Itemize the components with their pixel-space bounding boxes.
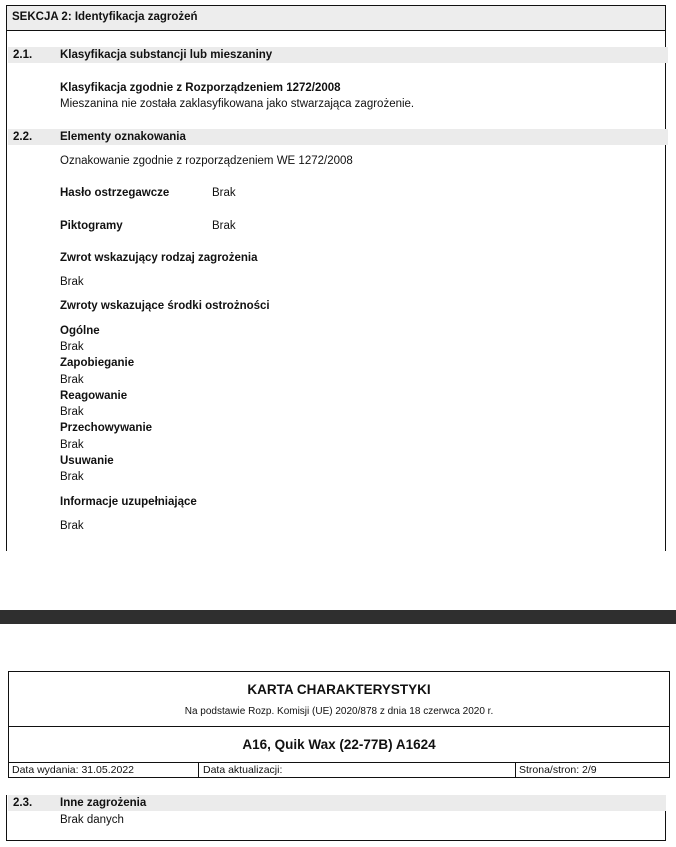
subsection-2-3-number: 2.3. <box>13 797 32 809</box>
precaution-disposal-label: Usuwanie <box>60 455 114 467</box>
issue-date: Data wydania: 31.05.2022 <box>12 764 134 776</box>
precaution-general-value: Brak <box>60 341 84 353</box>
subsection-2-1-number: 2.1. <box>13 49 32 61</box>
section-title: SEKCJA 2: Identyfikacja zagrożeń <box>12 11 198 23</box>
precaution-prevention-label: Zapobieganie <box>60 357 134 369</box>
classification-heading: Klasyfikacja zgodnie z Rozporządzeniem 1… <box>60 82 341 94</box>
signal-word-label: Hasło ostrzegawcze <box>60 187 169 199</box>
signal-word-value: Brak <box>212 187 236 199</box>
page-number: Strona/stron: 2/9 <box>519 764 597 776</box>
labelling-intro: Oznakowanie zgodnie z rozporządzeniem WE… <box>60 155 353 167</box>
page-separator <box>0 610 676 624</box>
precaution-response-label: Reagowanie <box>60 390 127 402</box>
precaution-prevention-value: Brak <box>60 374 84 386</box>
precautionary-label: Zwroty wskazujące środki ostrożności <box>60 300 270 312</box>
document-title: KARTA CHARAKTERYSTYKI <box>8 682 670 697</box>
header-cell-divider <box>198 762 199 778</box>
subsection-2-2-number: 2.2. <box>13 131 32 143</box>
precaution-disposal-value: Brak <box>60 471 84 483</box>
document-subtitle: Na podstawie Rozp. Komisji (UE) 2020/878… <box>8 706 670 717</box>
subsection-2-2-title: Elementy oznakowania <box>60 131 186 143</box>
hazard-statements-label: Zwrot wskazujący rodzaj zagrożenia <box>60 252 257 264</box>
subsection-2-1-title: Klasyfikacja substancji lub mieszaniny <box>60 49 272 61</box>
supplementary-label: Informacje uzupełniające <box>60 496 197 508</box>
subsection-2-3-title: Inne zagrożenia <box>60 797 146 809</box>
header-cell-divider <box>515 762 516 778</box>
other-hazards-text: Brak danych <box>60 814 124 826</box>
product-name: A16, Quik Wax (22-77B) A1624 <box>8 737 670 752</box>
hazard-statements-value: Brak <box>60 276 84 288</box>
precaution-storage-value: Brak <box>60 439 84 451</box>
precaution-storage-label: Przechowywanie <box>60 422 152 434</box>
pictograms-label: Piktogramy <box>60 220 123 232</box>
supplementary-value: Brak <box>60 520 84 532</box>
header-divider <box>8 726 670 727</box>
update-date: Data aktualizacji: <box>203 764 282 776</box>
precaution-response-value: Brak <box>60 406 84 418</box>
classification-text: Mieszanina nie została zaklasyfikowana j… <box>60 98 414 110</box>
header-divider <box>8 762 670 763</box>
precaution-general-label: Ogólne <box>60 325 100 337</box>
pictograms-value: Brak <box>212 220 236 232</box>
